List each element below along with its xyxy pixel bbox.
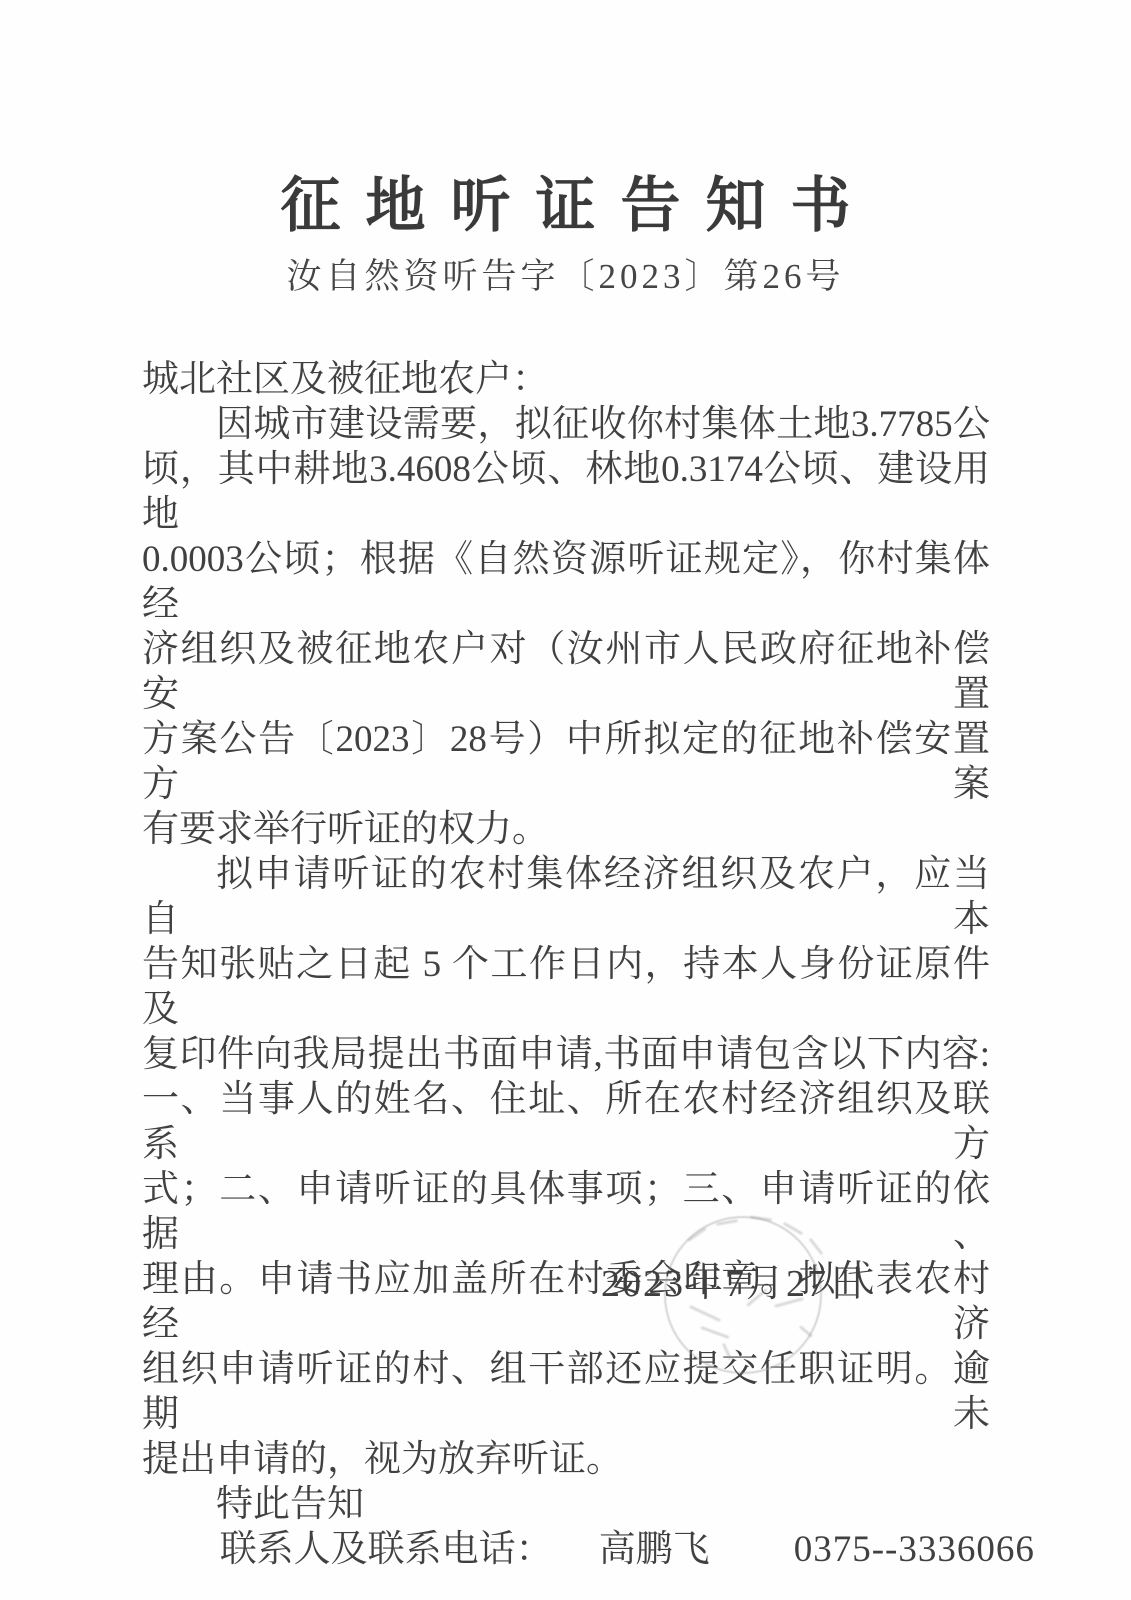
contact-line: 联系人及联系电话： 高鹏飞 0375--3336066 <box>142 1527 990 1572</box>
body-line: 拟申请听证的农村集体经济组织及农户，应当自本 <box>142 852 990 942</box>
body-line: 有要求举行听证的权力。 <box>142 807 990 852</box>
body-line: 因城市建设需要，拟征收你村集体土地3.7785公 <box>142 402 990 447</box>
body-line: 一、当事人的姓名、住址、所在农村经济组织及联系方 <box>142 1077 990 1167</box>
contact-person-name: 高鹏飞 <box>599 1527 710 1572</box>
document-number: 汝自然资听告字〔2023〕第26号 <box>0 249 1131 299</box>
contact-phone-number: 0375--3336066 <box>794 1527 1035 1572</box>
issue-date: 2023年7月27日 <box>601 1252 868 1307</box>
body-line: 告知张贴之日起 5 个工作日内，持本人身份证原件及 <box>142 942 990 1032</box>
body-line: 0.0003公顷；根据《自然资源听证规定》，你村集体经 <box>142 537 990 627</box>
contact-label: 联系人及联系电话： <box>220 1527 553 1572</box>
closing-line: 特此告知 <box>142 1482 990 1527</box>
body-line: 方案公告〔2023〕28号）中所拟定的征地补偿安置方案 <box>142 717 990 807</box>
document-page: 征地听证告知书 汝自然资听告字〔2023〕第26号 城北社区及被征地农户： 因城… <box>0 0 1131 1600</box>
notice-body: 城北社区及被征地农户： 因城市建设需要，拟征收你村集体土地3.7785公 顷，其… <box>142 357 990 1572</box>
body-line: 组织申请听证的村、组干部还应提交任职证明。逾期未 <box>142 1347 990 1437</box>
page-title: 征地听证告知书 <box>0 158 1131 244</box>
body-line: 式；二、申请听证的具体事项；三、申请听证的依据、 <box>142 1167 990 1257</box>
salutation-line: 城北社区及被征地农户： <box>142 357 990 402</box>
body-line: 提出申请的，视为放弃听证。 <box>142 1437 990 1482</box>
body-line: 复印件向我局提出书面申请,书面申请包含以下内容: <box>142 1032 990 1077</box>
body-line: 顷，其中耕地3.4608公顷、林地0.3174公顷、建设用地 <box>142 447 990 537</box>
body-line: 济组织及被征地农户对（汝州市人民政府征地补偿安置 <box>142 627 990 717</box>
